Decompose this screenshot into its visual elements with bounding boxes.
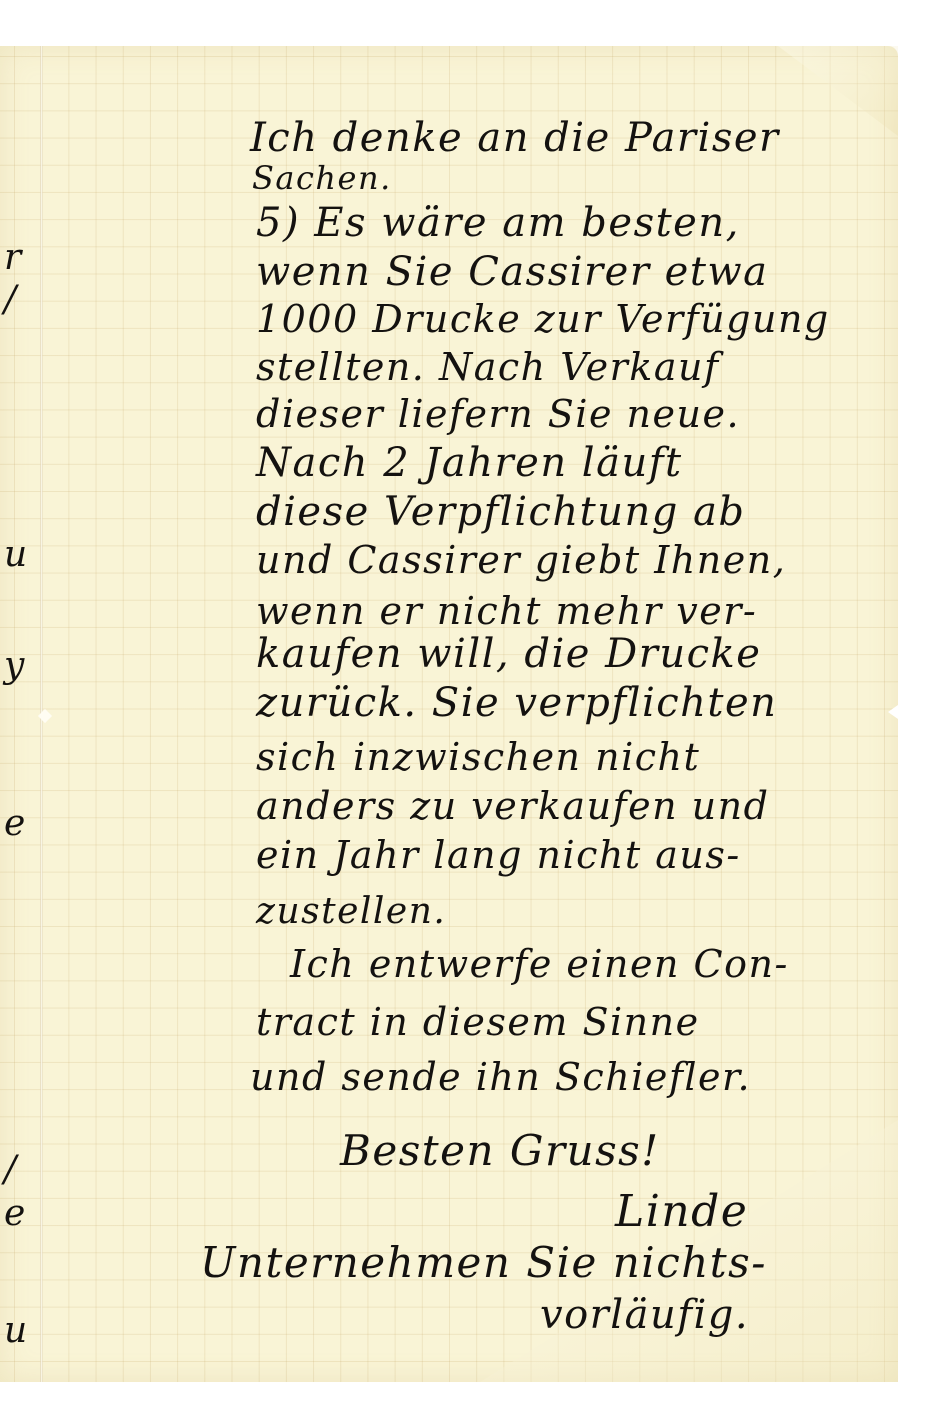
letter-line: zustellen. bbox=[256, 894, 446, 930]
postscript-line: vorläufig. bbox=[540, 1295, 749, 1335]
letter-line: und sende ihn Schiefler. bbox=[250, 1058, 751, 1096]
previous-page-fragment: / bbox=[4, 282, 16, 318]
signature: Linde bbox=[615, 1190, 748, 1234]
closing-greeting: Besten Gruss! bbox=[340, 1130, 660, 1172]
previous-page-fragment: / bbox=[4, 1152, 16, 1188]
letter-line: Sachen. bbox=[252, 162, 392, 194]
letter-line: diese Verpflichtung ab bbox=[256, 492, 746, 532]
previous-page-fragment: e bbox=[4, 806, 25, 842]
letter-line: 5) Es wäre am besten, bbox=[256, 203, 740, 243]
previous-page-fragment: y bbox=[4, 648, 24, 684]
postscript-line: Unternehmen Sie nichts- bbox=[200, 1242, 767, 1284]
letter-line: Ich entwerfe einen Con- bbox=[290, 945, 789, 983]
previous-page-fragment: u bbox=[4, 1313, 27, 1349]
letter-line: kaufen will, die Drucke bbox=[256, 634, 761, 674]
letter-line: anders zu verkaufen und bbox=[256, 787, 769, 825]
previous-page-fragment: u bbox=[4, 537, 27, 573]
letter-line: Ich denke an die Pariser bbox=[250, 118, 780, 158]
letter-line: 1000 Drucke zur Verfügung bbox=[256, 300, 830, 338]
letter-line: sich inzwischen nicht bbox=[256, 738, 700, 776]
letter-line: wenn er nicht mehr ver- bbox=[256, 592, 757, 630]
letter-line: tract in diesem Sinne bbox=[256, 1003, 700, 1041]
letter-line: wenn Sie Cassirer etwa bbox=[256, 252, 769, 292]
letter-line: ein Jahr lang nicht aus- bbox=[256, 836, 741, 874]
letter-line: Nach 2 Jahren läuft bbox=[256, 443, 683, 483]
letter-line: zurück. Sie verpflichten bbox=[256, 683, 777, 723]
letter-line: dieser liefern Sie neue. bbox=[256, 395, 740, 433]
letter-line: und Cassirer giebt Ihnen, bbox=[256, 541, 786, 579]
previous-page-fragment: e bbox=[4, 1196, 25, 1232]
previous-page-fragment: r bbox=[4, 240, 21, 276]
edge-tear-right bbox=[888, 705, 898, 719]
letter-line: stellten. Nach Verkauf bbox=[256, 348, 720, 386]
